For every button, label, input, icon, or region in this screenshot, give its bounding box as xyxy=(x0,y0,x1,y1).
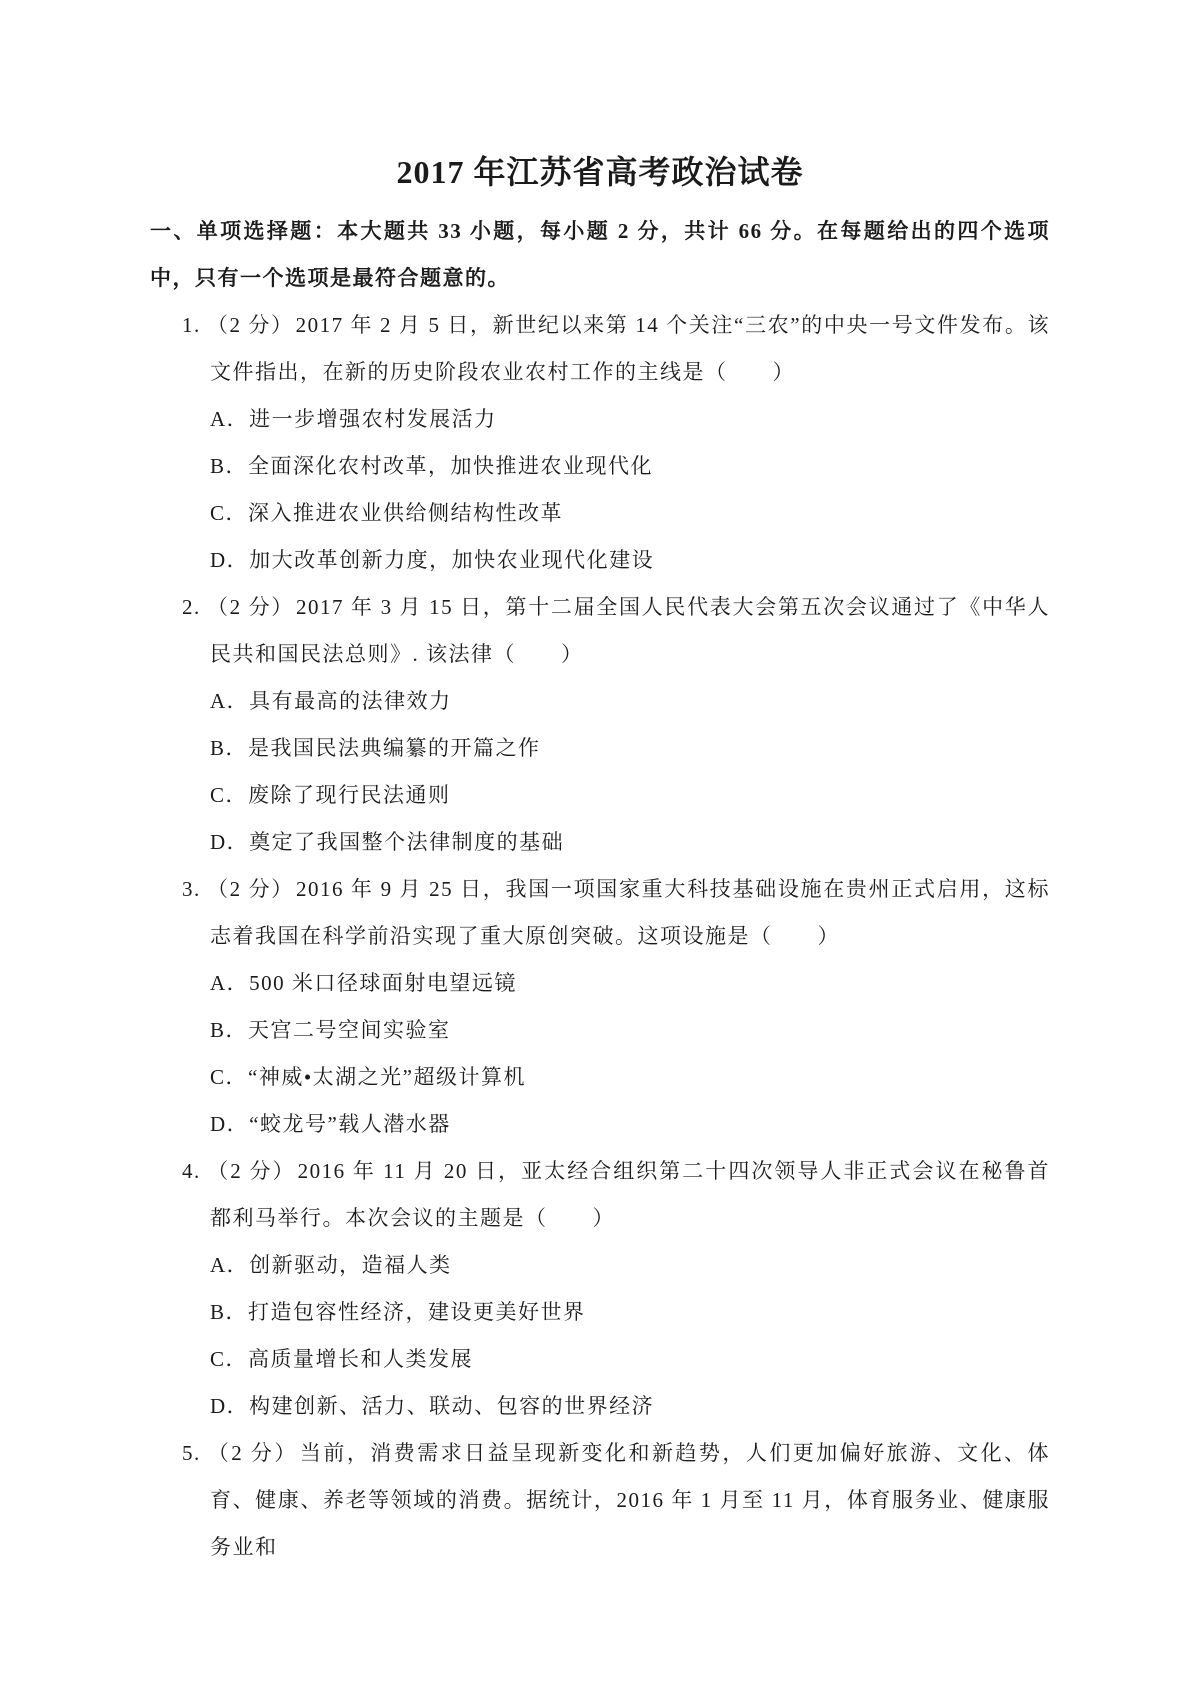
question-4-option-b: B．打造包容性经济，建设更美好世界 xyxy=(210,1289,1050,1336)
exam-paper-page: 2017 年江苏省高考政治试卷 一、单项选择题：本大题共 33 小题，每小题 2… xyxy=(0,0,1200,1698)
page-title: 2017 年江苏省高考政治试卷 xyxy=(150,150,1050,194)
question-4: 4.（2 分）2016 年 11 月 20 日，亚太经合组织第二十四次领导人非正… xyxy=(182,1148,1050,1430)
section-heading: 一、单项选择题：本大题共 33 小题，每小题 2 分，共计 66 分。在每题给出… xyxy=(150,208,1050,302)
question-2-option-b: B．是我国民法典编纂的开篇之作 xyxy=(210,725,1050,772)
question-3-option-d: D．“蛟龙号”载人潜水器 xyxy=(210,1101,1050,1148)
question-5-stem: 5.（2 分）当前，消费需求日益呈现新变化和新趋势，人们更加偏好旅游、文化、体育… xyxy=(182,1430,1050,1571)
question-stem-text: 2017 年 2 月 5 日，新世纪以来第 14 个关注“三农”的中央一号文件发… xyxy=(210,313,1050,384)
question-3-stem: 3.（2 分）2016 年 9 月 25 日，我国一项国家重大科技基础设施在贵州… xyxy=(182,866,1050,960)
question-3-option-c: C．“神威•太湖之光”超级计算机 xyxy=(210,1054,1050,1101)
question-score: （2 分） xyxy=(207,313,296,337)
question-2-option-a: A．具有最高的法律效力 xyxy=(210,678,1050,725)
question-stem-text: 2017 年 3 月 15 日，第十二届全国人民代表大会第五次会议通过了《中华人… xyxy=(210,595,1050,666)
question-score: （2 分） xyxy=(207,595,296,619)
question-1-option-c: C．深入推进农业供给侧结构性改革 xyxy=(210,490,1050,537)
question-number: 1. xyxy=(182,313,207,337)
question-1-option-d: D．加大改革创新力度，加快农业现代化建设 xyxy=(210,537,1050,584)
question-1-option-b: B．全面深化农村改革，加快推进农业现代化 xyxy=(210,443,1050,490)
question-stem-text: 当前，消费需求日益呈现新变化和新趋势，人们更加偏好旅游、文化、体育、健康、养老等… xyxy=(210,1441,1050,1559)
question-2: 2.（2 分）2017 年 3 月 15 日，第十二届全国人民代表大会第五次会议… xyxy=(182,584,1050,866)
question-2-option-c: C．废除了现行民法通则 xyxy=(210,772,1050,819)
question-stem-text: 2016 年 11 月 20 日，亚太经合组织第二十四次领导人非正式会议在秘鲁首… xyxy=(210,1159,1050,1230)
question-1-stem: 1.（2 分）2017 年 2 月 5 日，新世纪以来第 14 个关注“三农”的… xyxy=(182,302,1050,396)
question-number: 4. xyxy=(182,1159,207,1183)
question-4-option-a: A．创新驱动，造福人类 xyxy=(210,1242,1050,1289)
question-2-option-d: D．奠定了我国整个法律制度的基础 xyxy=(210,819,1050,866)
question-stem-text: 2016 年 9 月 25 日，我国一项国家重大科技基础设施在贵州正式启用，这标… xyxy=(210,877,1050,948)
question-2-stem: 2.（2 分）2017 年 3 月 15 日，第十二届全国人民代表大会第五次会议… xyxy=(182,584,1050,678)
question-score: （2 分） xyxy=(207,1159,298,1183)
question-5: 5.（2 分）当前，消费需求日益呈现新变化和新趋势，人们更加偏好旅游、文化、体育… xyxy=(182,1430,1050,1571)
question-1: 1.（2 分）2017 年 2 月 5 日，新世纪以来第 14 个关注“三农”的… xyxy=(182,302,1050,584)
question-number: 2. xyxy=(182,595,207,619)
question-3-option-a: A．500 米口径球面射电望远镜 xyxy=(210,960,1050,1007)
question-3: 3.（2 分）2016 年 9 月 25 日，我国一项国家重大科技基础设施在贵州… xyxy=(182,866,1050,1148)
question-number: 5. xyxy=(182,1441,207,1465)
question-number: 3. xyxy=(182,877,207,901)
question-score: （2 分） xyxy=(207,1441,300,1465)
question-4-stem: 4.（2 分）2016 年 11 月 20 日，亚太经合组织第二十四次领导人非正… xyxy=(182,1148,1050,1242)
question-4-option-c: C．高质量增长和人类发展 xyxy=(210,1336,1050,1383)
question-1-option-a: A．进一步增强农村发展活力 xyxy=(210,396,1050,443)
question-4-option-d: D．构建创新、活力、联动、包容的世界经济 xyxy=(210,1383,1050,1430)
question-score: （2 分） xyxy=(207,877,296,901)
question-3-option-b: B．天宫二号空间实验室 xyxy=(210,1007,1050,1054)
